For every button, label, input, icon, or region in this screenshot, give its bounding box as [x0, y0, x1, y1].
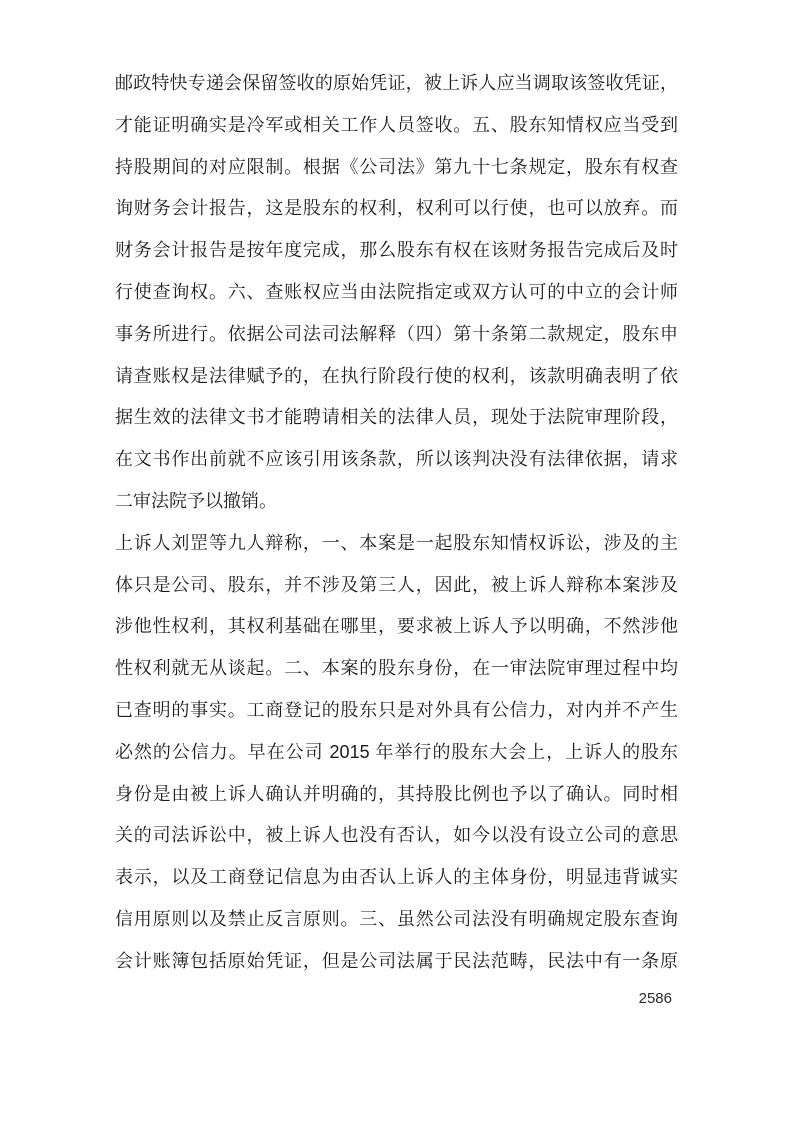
text-line: 涉他性权利，其权利基础在哪里，要求被上诉人予以明确，不然涉他	[115, 606, 678, 648]
text-line: 在文书作出前就不应该引用该条款，所以该判决没有法律依据，请求	[115, 439, 678, 481]
text-line: 体只是公司、股东，并不涉及第三人，因此，被上诉人辩称本案涉及	[115, 565, 678, 607]
text-line: 财务会计报告是按年度完成，那么股东有权在该财务报告完成后及时	[115, 230, 678, 272]
text-line: 会计账簿包括原始凭证，但是公司法属于民法范畴，民法中有一条原	[115, 941, 678, 983]
text-line: 事务所进行。依据公司法司法解释（四）第十条第二款规定，股东申	[115, 314, 678, 356]
text-line: 性权利就无从谈起。二、本案的股东身份，在一审法院审理过程中均	[115, 648, 678, 690]
text-line: 身份是由被上诉人确认并明确的，其持股比例也予以了确认。同时相	[115, 774, 678, 816]
text-line: 已查明的事实。工商登记的股东只是对外具有公信力，对内并不产生	[115, 690, 678, 732]
text-line: 邮政特快专递会保留签收的原始凭证，被上诉人应当调取该签收凭证，	[115, 63, 678, 105]
text-line: 表示，以及工商登记信息为由否认上诉人的主体身份，明显违背诚实	[115, 857, 678, 899]
text-line: 才能证明确实是冷军或相关工作人员签收。五、股东知情权应当受到	[115, 105, 678, 147]
text-line: 持股期间的对应限制。根据《公司法》第九十七条规定，股东有权查	[115, 147, 678, 189]
document-page: 邮政特快专递会保留签收的原始凭证，被上诉人应当调取该签收凭证，才能证明确实是冷军…	[0, 0, 793, 1122]
text-line: 请查账权是法律赋予的，在执行阶段行使的权利，该款明确表明了依	[115, 356, 678, 398]
text-line: 二审法院予以撤销。	[115, 481, 678, 523]
document-body: 邮政特快专递会保留签收的原始凭证，被上诉人应当调取该签收凭证，才能证明确实是冷军…	[115, 63, 678, 983]
text-line: 询财务会计报告，这是股东的权利，权利可以行使，也可以放弃。而	[115, 188, 678, 230]
page-number: 2586	[639, 990, 672, 1007]
text-line: 上诉人刘罡等九人辩称，一、本案是一起股东知情权诉讼，涉及的主	[115, 523, 678, 565]
text-line: 据生效的法律文书才能聘请相关的法律人员，现处于法院审理阶段，	[115, 397, 678, 439]
text-line: 必然的公信力。早在公司 2015 年举行的股东大会上，上诉人的股东	[115, 732, 678, 774]
text-line: 行使查询权。六、查账权应当由法院指定或双方认可的中立的会计师	[115, 272, 678, 314]
text-line: 信用原则以及禁止反言原则。三、虽然公司法没有明确规定股东查询	[115, 899, 678, 941]
text-line: 关的司法诉讼中，被上诉人也没有否认，如今以没有设立公司的意思	[115, 815, 678, 857]
